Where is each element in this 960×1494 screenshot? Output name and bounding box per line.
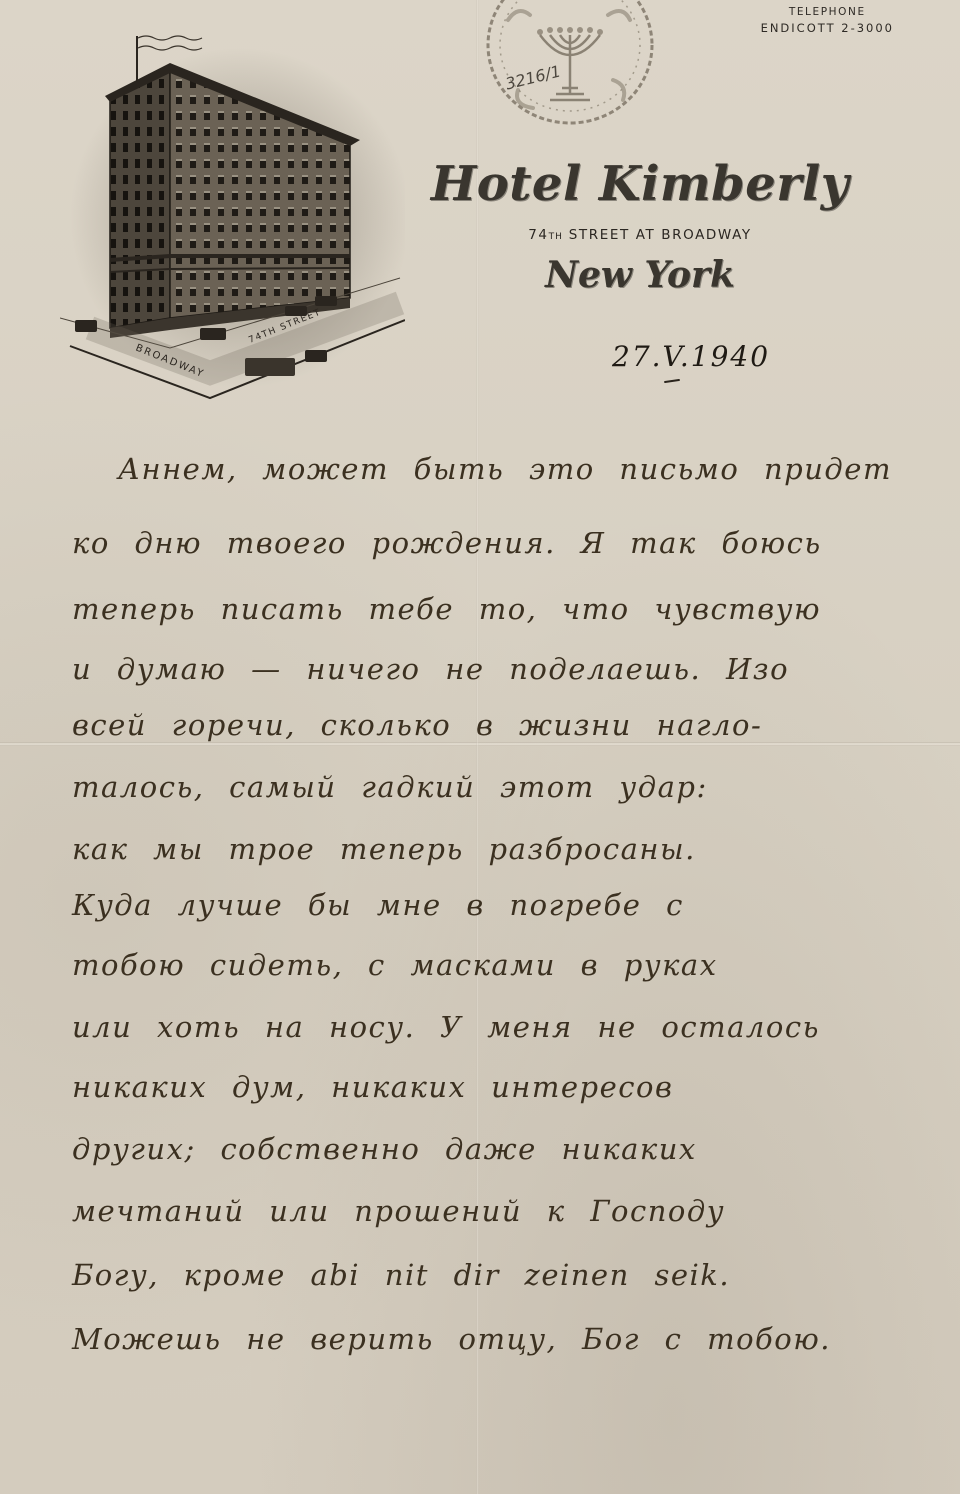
letter-line: как мы трое теперь разбросаны. <box>72 832 696 866</box>
letter-line: талось, самый гадкий этот удар: <box>72 770 708 804</box>
letter-line: Аннем, может быть это письмо придет <box>118 452 892 486</box>
letter-body: Аннем, может быть это письмо придет ко д… <box>0 0 960 1494</box>
letter-line: других; собственно даже никаких <box>72 1132 697 1166</box>
letter-line: всей горечи, сколько в жизни нагло- <box>72 708 762 742</box>
letter-line: ко дню твоего рождения. Я так боюсь <box>72 526 822 560</box>
letter-line: Куда лучше бы мне в погребе с <box>72 888 684 922</box>
letter-line: теперь писать тебе то, что чувствую <box>72 592 821 626</box>
letter-line: и думаю — ничего не поделаешь. Изо <box>72 652 789 686</box>
letter-line: Богу, кроме abi nit dir zeinen seik. <box>72 1258 730 1292</box>
letter-line: никаких дум, никаких интересов <box>72 1070 673 1104</box>
letter-line: или хоть на носу. У меня не осталось <box>72 1010 820 1044</box>
letter-line: тобою сидеть, с масками в руках <box>72 948 718 982</box>
letter-line: мечтаний или прошений к Господу <box>72 1194 725 1228</box>
letter-line: Можешь не верить отцу, Бог с тобою. <box>72 1322 831 1356</box>
